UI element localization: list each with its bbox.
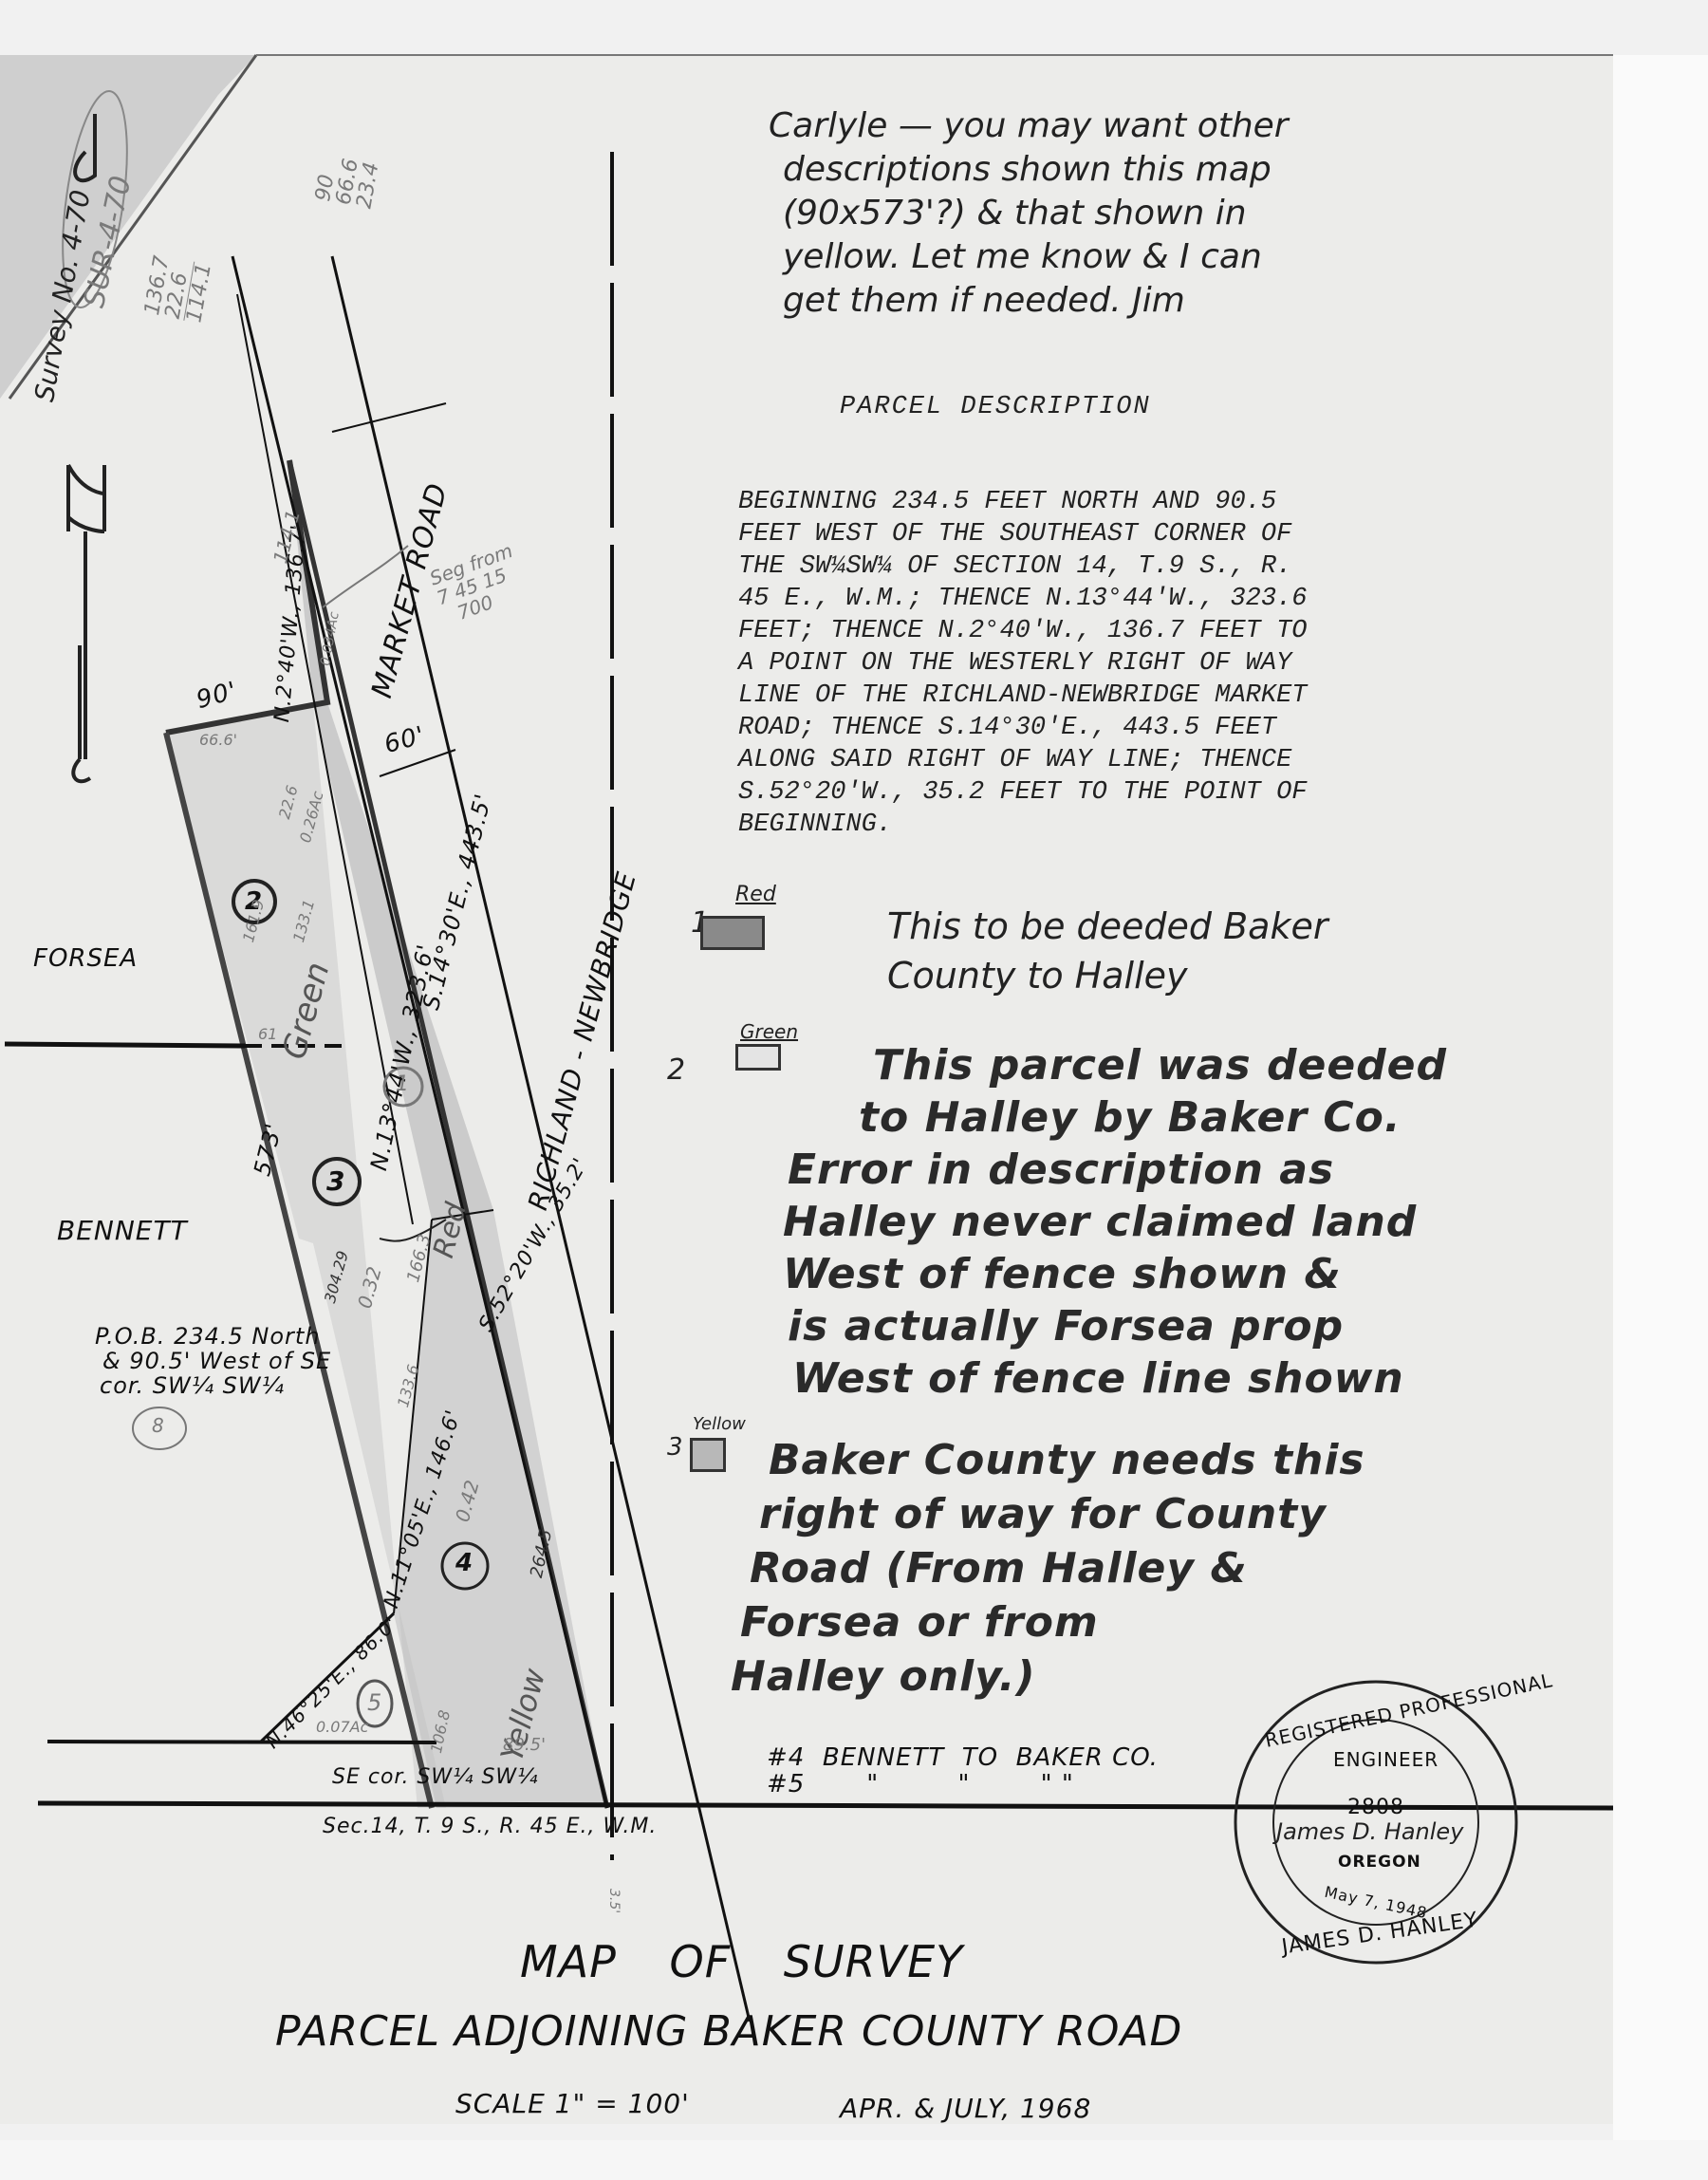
pencil-value: 0.07Ac: [316, 1718, 368, 1736]
legend-3-color-label: Yellow: [693, 1414, 746, 1434]
parcel-number-4: 4: [455, 1549, 473, 1577]
legend-1-color-label: Red: [735, 883, 776, 906]
legend-2-number: 2: [667, 1053, 685, 1087]
pencil-value: 8: [152, 1414, 164, 1437]
parcel-description-heading: PARCEL DESCRIPTION: [840, 391, 1151, 423]
title-scale: SCALE 1" = 100': [455, 2088, 690, 2119]
seal-outer-top: REGISTERED PROFESSIONAL: [1263, 1668, 1555, 1752]
pencil-value: 3.5': [606, 1889, 622, 1913]
legend-2-text: This parcel was deeded to Halley by Bake…: [788, 1039, 1447, 1405]
transfer-row: #5 " " " ": [767, 1771, 1159, 1798]
seal-inner-top: ENGINEER: [1333, 1748, 1439, 1771]
parcel-number-1: 1: [396, 1072, 409, 1096]
label-section-line: Sec.14, T. 9 S., R. 45 E., W.M.: [323, 1815, 657, 1838]
label-forsea: FORSEA: [33, 944, 138, 973]
legend-1-text: This to be deeded Baker County to Halley: [887, 902, 1327, 1000]
engineer-seal: REGISTERED PROFESSIONAL ENGINEER 2808 Ja…: [1234, 1680, 1518, 1965]
pencil-value: 89.5': [503, 1735, 546, 1755]
legend-3-number: 3: [667, 1433, 683, 1462]
legend-2-swatch: [735, 1044, 781, 1071]
label-se-corner: SE cor. SW¼ SW¼: [332, 1765, 539, 1789]
legend-3-swatch: [690, 1438, 726, 1472]
title-line-2: PARCEL ADJOINING BAKER COUNTY ROAD: [275, 2007, 1182, 2056]
seal-number: 2808: [1347, 1796, 1404, 1819]
seal-signature: James D. Hanley: [1276, 1818, 1463, 1845]
parcel-number-3: 3: [326, 1165, 345, 1197]
legend-3-text: Baker County needs this right of way for…: [750, 1433, 1365, 1704]
title-date: APR. & JULY, 1968: [840, 2093, 1091, 2124]
legend-1-swatch: [700, 916, 765, 950]
label-point-of-beginning: P.O.B. 234.5 North & 90.5' West of SE co…: [95, 1324, 331, 1398]
label-bennett: BENNETT: [57, 1215, 188, 1246]
title-line-1: MAP OF SURVEY: [520, 1936, 963, 1987]
margin-calc-1: 136.722.6114.1: [142, 254, 215, 325]
parcel-description-body: BEGINNING 234.5 FEET NORTH AND 90.5 FEET…: [738, 486, 1308, 841]
handwritten-note: Carlyle — you may want other description…: [769, 104, 1289, 323]
parcel-number-5: 5: [367, 1689, 381, 1716]
seal-state: OREGON: [1338, 1853, 1421, 1872]
pencil-value: 61: [258, 1025, 277, 1043]
transfer-row: #4 BENNETT TO BAKER CO.: [767, 1744, 1159, 1771]
pencil-value: 66.6': [199, 731, 237, 749]
seal-name: JAMES D. HANLEY: [1280, 1909, 1479, 1960]
transfer-list: #4 BENNETT TO BAKER CO. #5 " " " ": [767, 1744, 1159, 1798]
